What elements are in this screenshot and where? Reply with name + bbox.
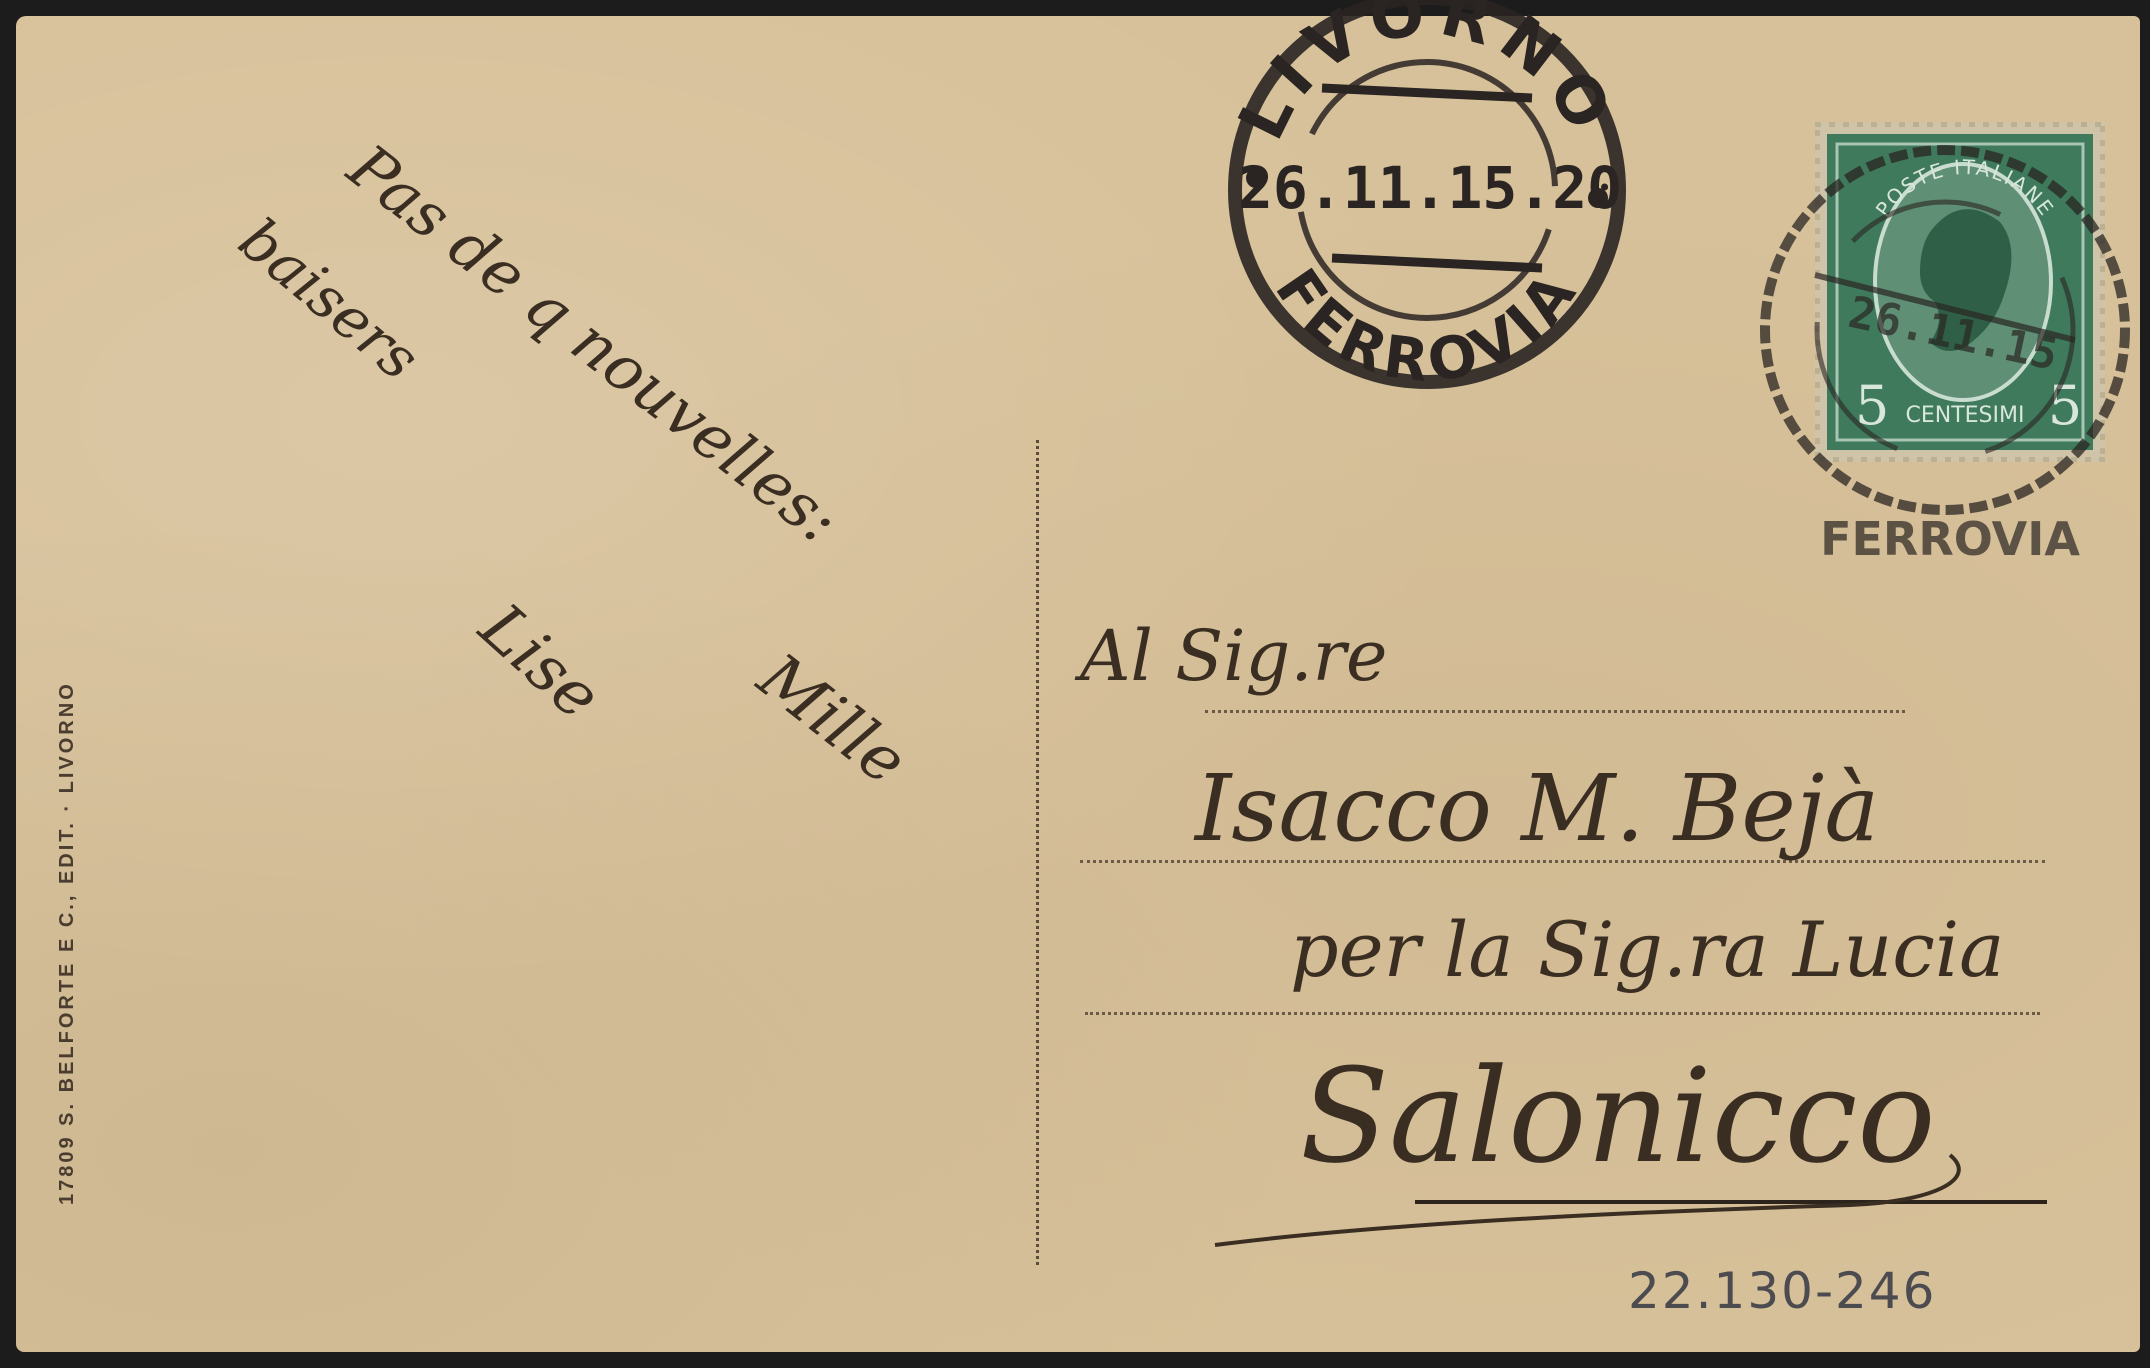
postmark-icon: LIVORNO FERROVIA 26.11.15.20: [1212, 0, 1642, 390]
address-salutation: Al Sig.re: [1080, 615, 1387, 697]
postmark-top-text: LIVORNO: [1225, 0, 1629, 151]
postmark-date: 26.11.15.20: [1238, 154, 1622, 222]
stamp-cancel-date: 26.11.15: [1844, 287, 2062, 381]
vertical-divider: [1036, 440, 1039, 1265]
stamp-cancel-bottom: FERROVIA: [1820, 512, 2080, 566]
address-care-of: per la Sig.ra Lucia: [1290, 905, 2004, 994]
svg-text:LIVORNO: LIVORNO: [1225, 0, 1629, 151]
publisher-imprint: 17809 S. BELFORTE E C., EDIT. · LIVORNO: [56, 681, 79, 1205]
address-dotted-line-3: [1085, 1012, 2040, 1015]
address-dotted-line-1: [1205, 710, 1905, 713]
archive-number: 22.130-246: [1628, 1262, 1936, 1320]
svg-text:FERROVIA: FERROVIA: [1262, 256, 1592, 390]
city-flourish-icon: [1210, 1150, 2010, 1260]
stamp-cancellation-icon: 26.11.15 FERROVIA: [1745, 100, 2145, 580]
postmark-bottom-text: FERROVIA: [1262, 256, 1592, 390]
address-recipient: Isacco M. Bejà: [1195, 755, 1879, 862]
